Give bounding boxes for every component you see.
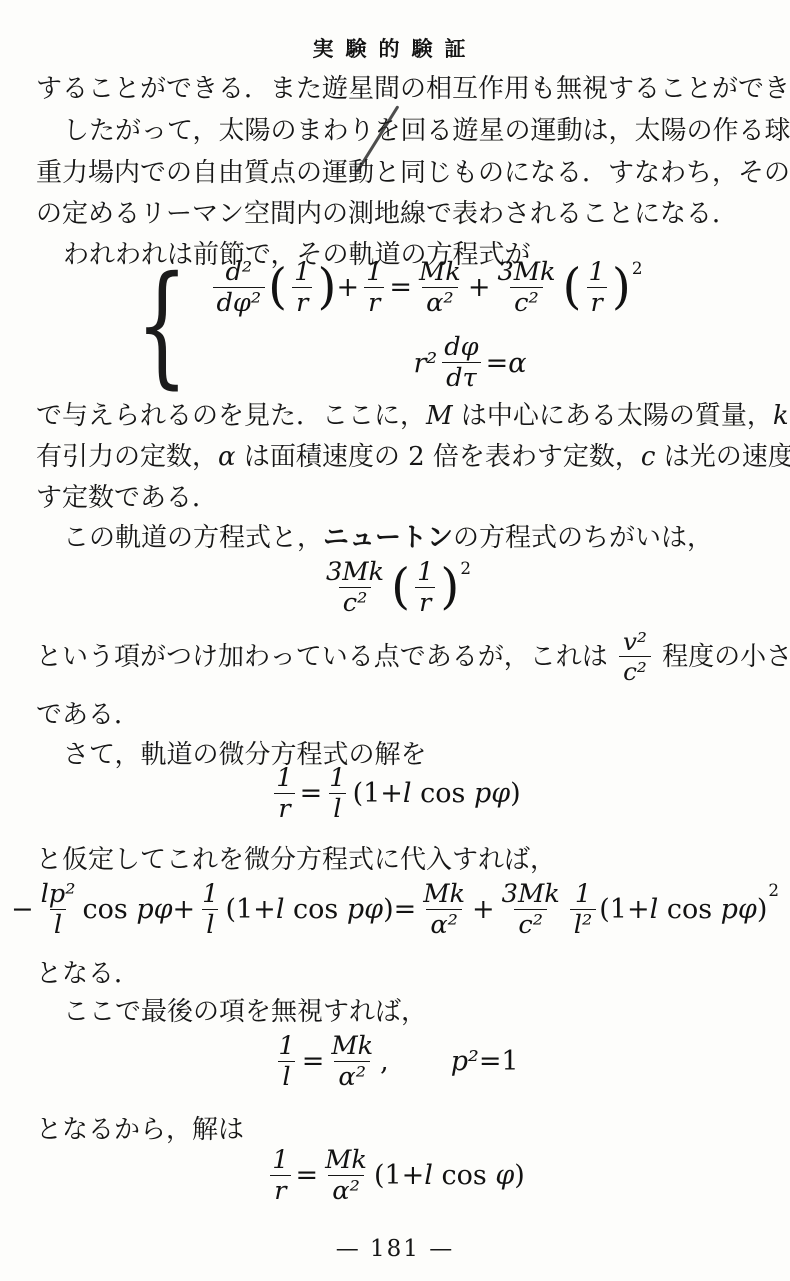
math-roman: + xyxy=(468,272,491,303)
numerator: 3Mk xyxy=(493,258,559,287)
fraction: 1l xyxy=(325,764,349,823)
equation-orbit-row1: d²dφ²(1r)+1r=Mkα²+3Mkc²(1r)2 xyxy=(210,258,643,317)
denominator: c² xyxy=(619,656,651,686)
denominator: r xyxy=(274,793,294,824)
text-run: 程度の小さい項 xyxy=(654,640,790,674)
math-variable: M xyxy=(426,401,453,431)
denominator: r xyxy=(292,287,312,318)
fraction: Mkα² xyxy=(327,1032,377,1091)
text-run: で与えられるのを見た．ここに， xyxy=(36,401,426,431)
body-line-p1: することができる．また遊星間の相互作用も無視することができる． xyxy=(36,72,756,106)
math-variable: φ xyxy=(495,1160,514,1191)
equation-substituted: −lp²lcos pφ+1l(1+l cos pφ)=Mkα²+3Mkc²1l²… xyxy=(0,880,790,939)
body-line-p4b: 有引力の定数，α は面積速度の 2 倍を表わす定数，c は光の速度を表わ xyxy=(36,440,756,474)
math-roman: ) xyxy=(757,894,768,925)
fraction: Mkα² xyxy=(419,880,469,939)
denominator: r xyxy=(364,287,384,318)
body-line-p2b: 重力場内での自由質点の運動と同じものになる．すなわち，その重力場 xyxy=(36,156,756,190)
denominator: α² xyxy=(422,287,458,318)
fraction: lp²l xyxy=(37,880,80,939)
fraction: 3Mkc² xyxy=(493,258,559,317)
exponent: 2 xyxy=(460,558,471,578)
emphasis-text: ニュートン xyxy=(323,523,453,553)
text-run: は光の速度を表わ xyxy=(655,442,790,472)
numerator: 1 xyxy=(274,1032,298,1061)
body-line-p6b: である． xyxy=(36,698,756,732)
denominator: α² xyxy=(426,909,462,940)
numerator: 1 xyxy=(290,258,314,287)
denominator: l xyxy=(329,793,345,824)
exponent: 2 xyxy=(632,258,643,278)
page-header-title: 実験的験証 xyxy=(0,33,790,63)
numerator: 1 xyxy=(413,558,437,587)
math-roman: cos xyxy=(433,1160,495,1191)
body-line-p8b: ここで最後の項を無視すれば， xyxy=(36,995,783,1029)
denominator: dφ² xyxy=(213,287,266,318)
body-line-p9: となるから，解は xyxy=(36,1113,756,1147)
denominator: l xyxy=(50,909,66,940)
fraction: 1r xyxy=(585,258,609,317)
math-roman: cos xyxy=(658,894,720,925)
fraction: 1l xyxy=(274,1032,298,1091)
math-roman: + xyxy=(336,272,359,303)
fraction: Mkα² xyxy=(415,258,465,317)
numerator: 1 xyxy=(198,880,222,909)
text-run: は面積速度の 2 倍を表わす定数， xyxy=(236,442,641,472)
equation-extra-term: 3Mkc²(1r)2 xyxy=(0,558,790,617)
math-variable: α xyxy=(508,348,526,379)
denominator: c² xyxy=(514,909,547,940)
math-roman: ) xyxy=(510,778,521,809)
numerator: d² xyxy=(221,258,256,287)
math-roman: + xyxy=(173,894,196,925)
numerator: 1 xyxy=(571,880,595,909)
fraction: 1r xyxy=(290,258,314,317)
numerator: v² xyxy=(619,628,651,656)
body-line-p4c: す定数である． xyxy=(36,481,756,515)
equation-orbit-row2: r²dφdτ=α xyxy=(414,333,527,392)
math-roman: = xyxy=(300,778,323,809)
math-variable: pφ xyxy=(721,894,757,925)
numerator: 1 xyxy=(585,258,609,287)
math-variable: p² xyxy=(451,1046,479,1077)
denominator: l xyxy=(278,1061,294,1092)
math-variable: l xyxy=(276,894,285,925)
fraction: 1r xyxy=(413,558,437,617)
fraction: dφdτ xyxy=(440,333,482,392)
math-roman: =1 xyxy=(479,1046,519,1077)
math-variable: α xyxy=(218,442,236,472)
math-roman: (1+ xyxy=(599,894,649,925)
denominator: l² xyxy=(570,909,596,940)
text-run: の方程式のちがいは， xyxy=(453,523,713,553)
body-line-p8a: となる． xyxy=(36,957,756,991)
fraction: 3Mkc² xyxy=(322,558,388,617)
body-line-p6a: という項がつけ加わっている点であるが，これは v²c² 程度の小さい項 xyxy=(36,630,756,684)
denominator: r xyxy=(270,1175,290,1206)
numerator: Mk xyxy=(321,1146,371,1175)
denominator: α² xyxy=(328,1175,364,1206)
denominator: l xyxy=(202,909,218,940)
math-variable: k xyxy=(773,401,789,431)
body-line-p2a: したがって，太陽のまわりを回る遊星の運動は，太陽の作る球対称な xyxy=(36,114,783,148)
math-roman: ) xyxy=(514,1160,525,1191)
body-line-p7: と仮定してこれを微分方程式に代入すれば， xyxy=(36,843,756,877)
left-brace: { xyxy=(135,259,187,391)
fraction: 1r xyxy=(272,764,296,823)
math-variable: l xyxy=(650,894,659,925)
math-variable: pφ xyxy=(474,778,510,809)
numerator: lp² xyxy=(37,880,80,909)
math-variable: r² xyxy=(414,348,438,379)
exponent: 2 xyxy=(768,880,779,900)
fraction: v²c² xyxy=(619,628,651,685)
math-roman: + xyxy=(472,894,495,925)
numerator: 1 xyxy=(325,764,349,793)
equation-approximation: 1l=Mkα²,p²=1 xyxy=(0,1032,790,1091)
math-roman: cos xyxy=(82,894,136,925)
numerator: Mk xyxy=(415,258,465,287)
math-roman: − xyxy=(11,894,34,925)
equation-orbit-system: { d²dφ²(1r)+1r=Mkα²+3Mkc²(1r)2 r²dφdτ=α xyxy=(0,258,776,393)
text-run: という項がつけ加わっている点であるが，これは xyxy=(36,640,616,674)
numerator: 3Mk xyxy=(322,558,388,587)
math-roman: cos xyxy=(284,894,346,925)
numerator: 1 xyxy=(268,1146,292,1175)
equation-assumed-solution: 1r=1l(1+l cos pφ) xyxy=(0,764,790,823)
math-roman: )= xyxy=(383,894,416,925)
denominator: dτ xyxy=(442,362,481,393)
text-run: 有引力の定数， xyxy=(36,442,218,472)
numerator: 3Mk xyxy=(498,880,564,909)
fraction: Mkα² xyxy=(321,1146,371,1205)
math-roman: = xyxy=(302,1046,325,1077)
math-roman: = xyxy=(389,272,412,303)
math-variable: pφ xyxy=(136,894,172,925)
math-roman: (1+ xyxy=(353,778,403,809)
denominator: c² xyxy=(510,287,543,318)
numerator: 1 xyxy=(362,258,386,287)
text-run: この軌道の方程式と， xyxy=(63,523,323,553)
math-variable: l xyxy=(403,778,412,809)
math-roman: = xyxy=(486,348,509,379)
scanned-book-page: 実験的験証 することができる．また遊星間の相互作用も無視することができる． した… xyxy=(0,0,790,1281)
math-roman: , xyxy=(380,1046,389,1077)
denominator: r xyxy=(587,287,607,318)
denominator: α² xyxy=(334,1061,370,1092)
denominator: r xyxy=(415,587,435,618)
fraction: 1l xyxy=(198,880,222,939)
numerator: Mk xyxy=(327,1032,377,1061)
fraction: 1r xyxy=(268,1146,292,1205)
fraction: 3Mkc² xyxy=(498,880,564,939)
numerator: 1 xyxy=(272,764,296,793)
math-variable: pφ xyxy=(347,894,383,925)
equation-final-solution: 1r=Mkα²(1+l cos φ) xyxy=(0,1146,790,1205)
math-roman: (1+ xyxy=(374,1160,424,1191)
body-line-p4a: で与えられるのを見た．ここに，M は中心にある太陽の質量，k は万 xyxy=(36,399,756,433)
fraction: 1l² xyxy=(570,880,596,939)
numerator: dφ xyxy=(440,333,482,362)
body-line-p5: この軌道の方程式と，ニュートンの方程式のちがいは， xyxy=(36,521,783,555)
denominator: c² xyxy=(339,587,372,618)
text-run: は中心にある太陽の質量， xyxy=(453,401,773,431)
fraction: 1r xyxy=(362,258,386,317)
math-roman: cos xyxy=(412,778,474,809)
page-number: — 181 — xyxy=(0,1236,790,1262)
body-line-p2c: の定めるリーマン空間内の測地線で表わされることになる． xyxy=(36,197,756,231)
math-roman: = xyxy=(296,1160,319,1191)
math-variable: c xyxy=(641,442,656,472)
math-variable: l xyxy=(424,1160,433,1191)
numerator: Mk xyxy=(419,880,469,909)
fraction: d²dφ² xyxy=(213,258,266,317)
math-roman: (1+ xyxy=(225,894,275,925)
